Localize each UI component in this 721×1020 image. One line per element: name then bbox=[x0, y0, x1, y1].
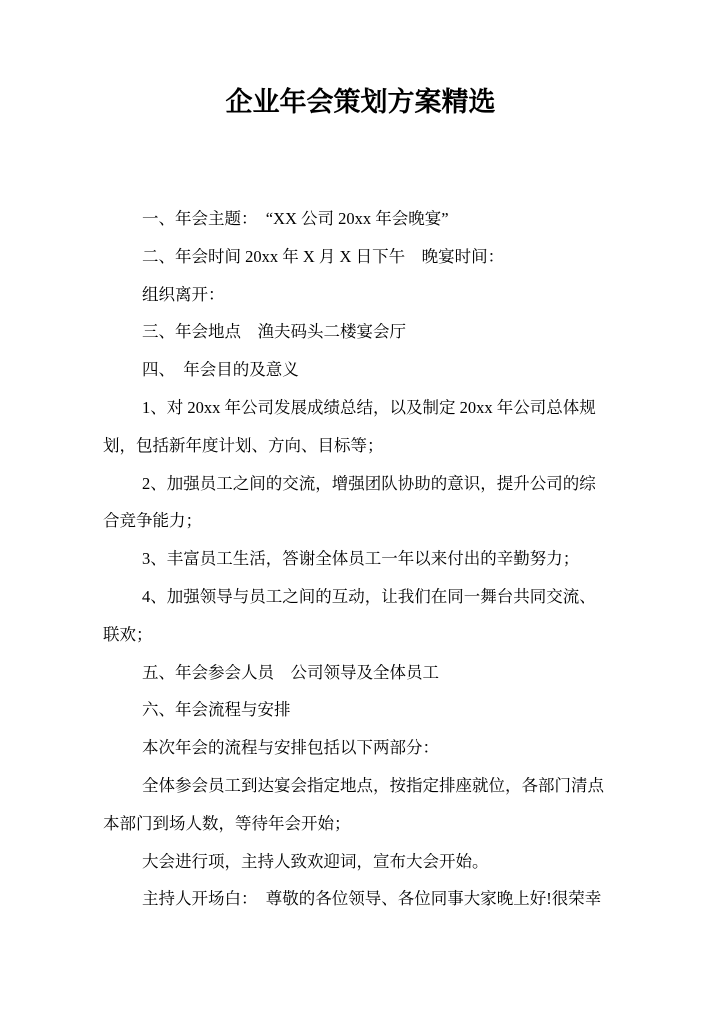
text-line: 二、年会时间 20xx 年 X 月 X 日下午 晚宴时间： bbox=[103, 238, 620, 276]
text-line: 大会进行项，主持人致欢迎词，宣布大会开始。 bbox=[103, 843, 620, 881]
text-line: 合竞争能力； bbox=[103, 502, 620, 540]
text-line: 联欢； bbox=[103, 616, 620, 654]
text-line: 1、对 20xx 年公司发展成绩总结，以及制定 20xx 年公司总体规 bbox=[103, 389, 620, 427]
document-page: 企业年会策划方案精选 一、年会主题： “XX 公司 20xx 年会晚宴” 二、年… bbox=[0, 0, 721, 1020]
document-title: 企业年会策划方案精选 bbox=[0, 84, 721, 120]
document-body: 一、年会主题： “XX 公司 20xx 年会晚宴” 二、年会时间 20xx 年 … bbox=[103, 200, 620, 918]
text-line: 组织离开： bbox=[103, 276, 620, 314]
text-line: 4、加强领导与员工之间的互动，让我们在同一舞台共同交流、 bbox=[103, 578, 620, 616]
text-line: 本次年会的流程与安排包括以下两部分： bbox=[103, 729, 620, 767]
text-line: 四、 年会目的及意义 bbox=[103, 351, 620, 389]
text-line: 六、年会流程与安排 bbox=[103, 691, 620, 729]
text-line: 本部门到场人数，等待年会开始； bbox=[103, 805, 620, 843]
text-line: 三、年会地点 渔夫码头二楼宴会厅 bbox=[103, 313, 620, 351]
text-line: 主持人开场白： 尊敬的各位领导、各位同事大家晚上好!很荣幸 bbox=[103, 880, 620, 918]
text-line: 全体参会员工到达宴会指定地点，按指定排座就位，各部门清点 bbox=[103, 767, 620, 805]
text-line: 2、加强员工之间的交流，增强团队协助的意识，提升公司的综 bbox=[103, 465, 620, 503]
text-line: 3、丰富员工生活，答谢全体员工一年以来付出的辛勤努力； bbox=[103, 540, 620, 578]
text-line: 一、年会主题： “XX 公司 20xx 年会晚宴” bbox=[103, 200, 620, 238]
text-line: 划，包括新年度计划、方向、目标等； bbox=[103, 427, 620, 465]
text-line: 五、年会参会人员 公司领导及全体员工 bbox=[103, 654, 620, 692]
